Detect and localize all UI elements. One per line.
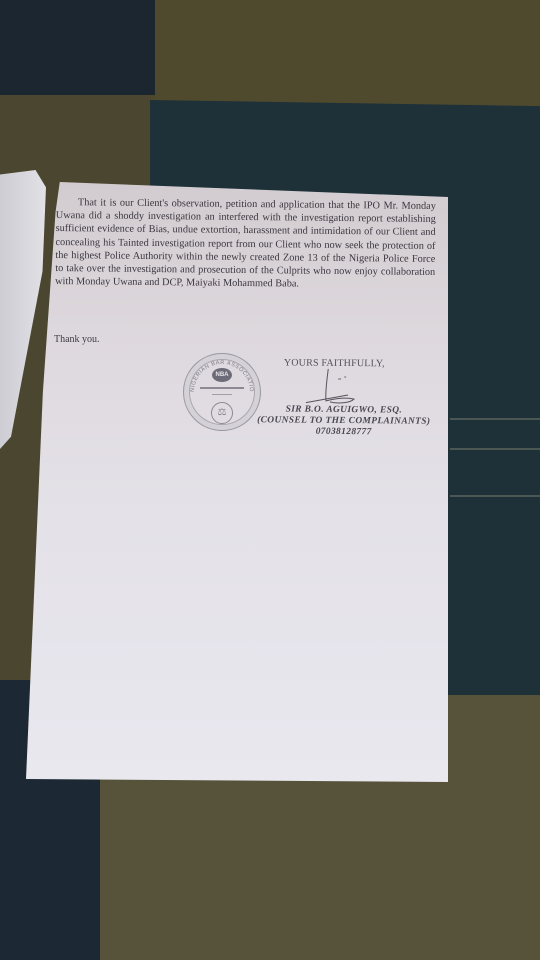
- signature-scribble-icon: [254, 368, 434, 406]
- seal-text-line: [200, 387, 244, 389]
- nba-badge: NBA: [212, 368, 232, 382]
- handwritten-signature: [254, 368, 434, 406]
- signature-block: YOURS FAITHFULLY, SIR B.O. AGUIGWO, ESQ.…: [254, 357, 435, 439]
- signatory-role: (COUNSEL TO THE COMPLAINANTS): [254, 415, 434, 428]
- letter-body-paragraph: That it is our Client's observation, pet…: [55, 196, 436, 292]
- scales-of-justice-icon: ⚖: [211, 402, 233, 424]
- signatory-phone: 07038128777: [254, 426, 434, 439]
- floor-seam: [450, 418, 540, 420]
- floor-seam: [450, 448, 540, 450]
- letter-page: That it is our Client's observation, pet…: [26, 182, 448, 782]
- seal-text-line: [212, 394, 232, 395]
- floor-tile-dark: [0, 0, 155, 95]
- letter-closing: Thank you.: [54, 334, 100, 345]
- floor-seam: [450, 495, 540, 497]
